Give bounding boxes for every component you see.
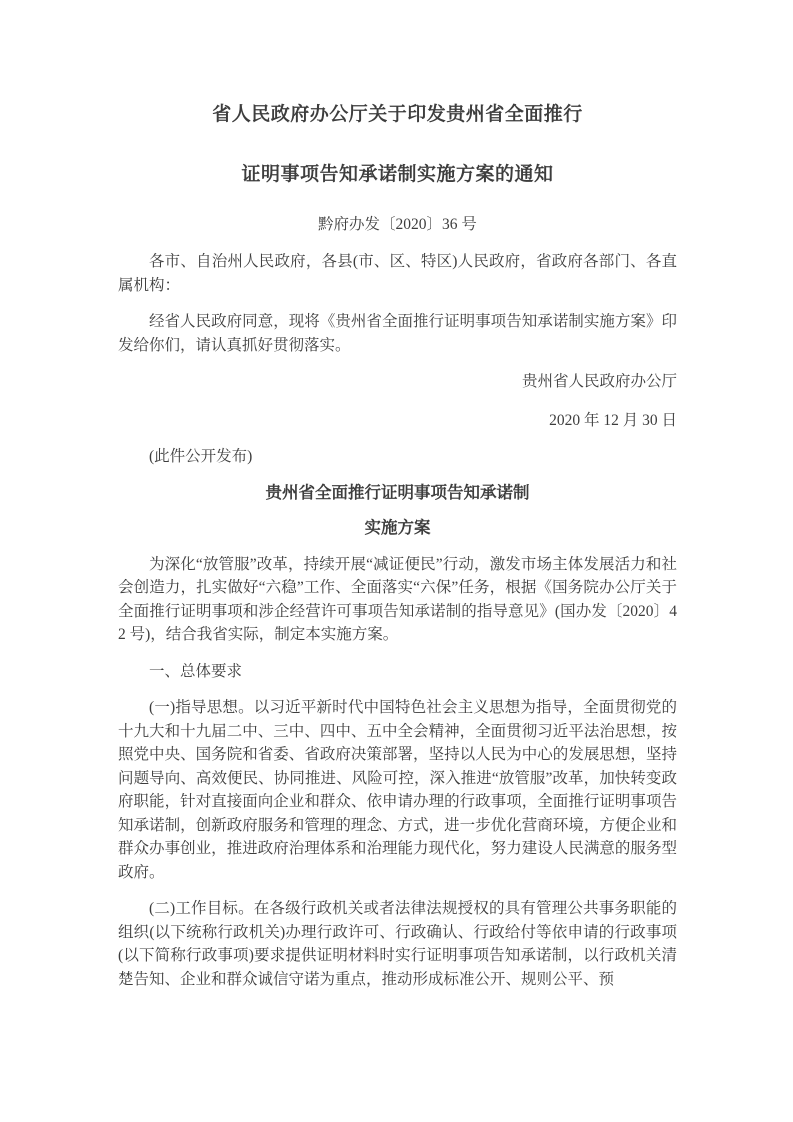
document-title-line2: 证明事项告知承诺制实施方案的通知 [118, 162, 677, 187]
plan-preamble: 为深化“放管服”改革，持续开展“减证便民”行动，激发市场主体发展活力和社会创造力… [118, 553, 677, 647]
document-number: 黔府办发〔2020〕36 号 [118, 213, 677, 236]
signature-issuer: 贵州省人民政府办公厅 [118, 370, 677, 394]
notice-body: 经省人民政府同意，现将《贵州省全面推行证明事项告知承诺制实施方案》印发给你们，请… [118, 310, 677, 357]
plan-title-line2: 实施方案 [118, 517, 677, 541]
signature-date: 2020 年 12 月 30 日 [118, 409, 677, 433]
section1-heading: 一、总体要求 [118, 660, 677, 684]
section1-guiding-thought-paragraph: (一)指导思想。以习近平新时代中国特色社会主义思想为指导，全面贯彻党的十九大和十… [118, 696, 677, 884]
plan-title-line1: 贵州省全面推行证明事项告知承诺制 [118, 482, 677, 506]
publish-note: (此件公开发布) [118, 445, 677, 469]
document-title-line1: 省人民政府办公厅关于印发贵州省全面推行 [118, 102, 677, 127]
notice-salutation: 各市、自治州人民政府，各县(市、区、特区)人民政府，省政府各部门、各直属机构： [118, 250, 677, 297]
section1-work-goal-paragraph: (二)工作目标。在各级行政机关或者法律法规授权的具有管理公共事务职能的组织(以下… [118, 897, 677, 991]
document-page: 省人民政府办公厅关于印发贵州省全面推行 证明事项告知承诺制实施方案的通知 黔府办… [0, 0, 793, 1122]
